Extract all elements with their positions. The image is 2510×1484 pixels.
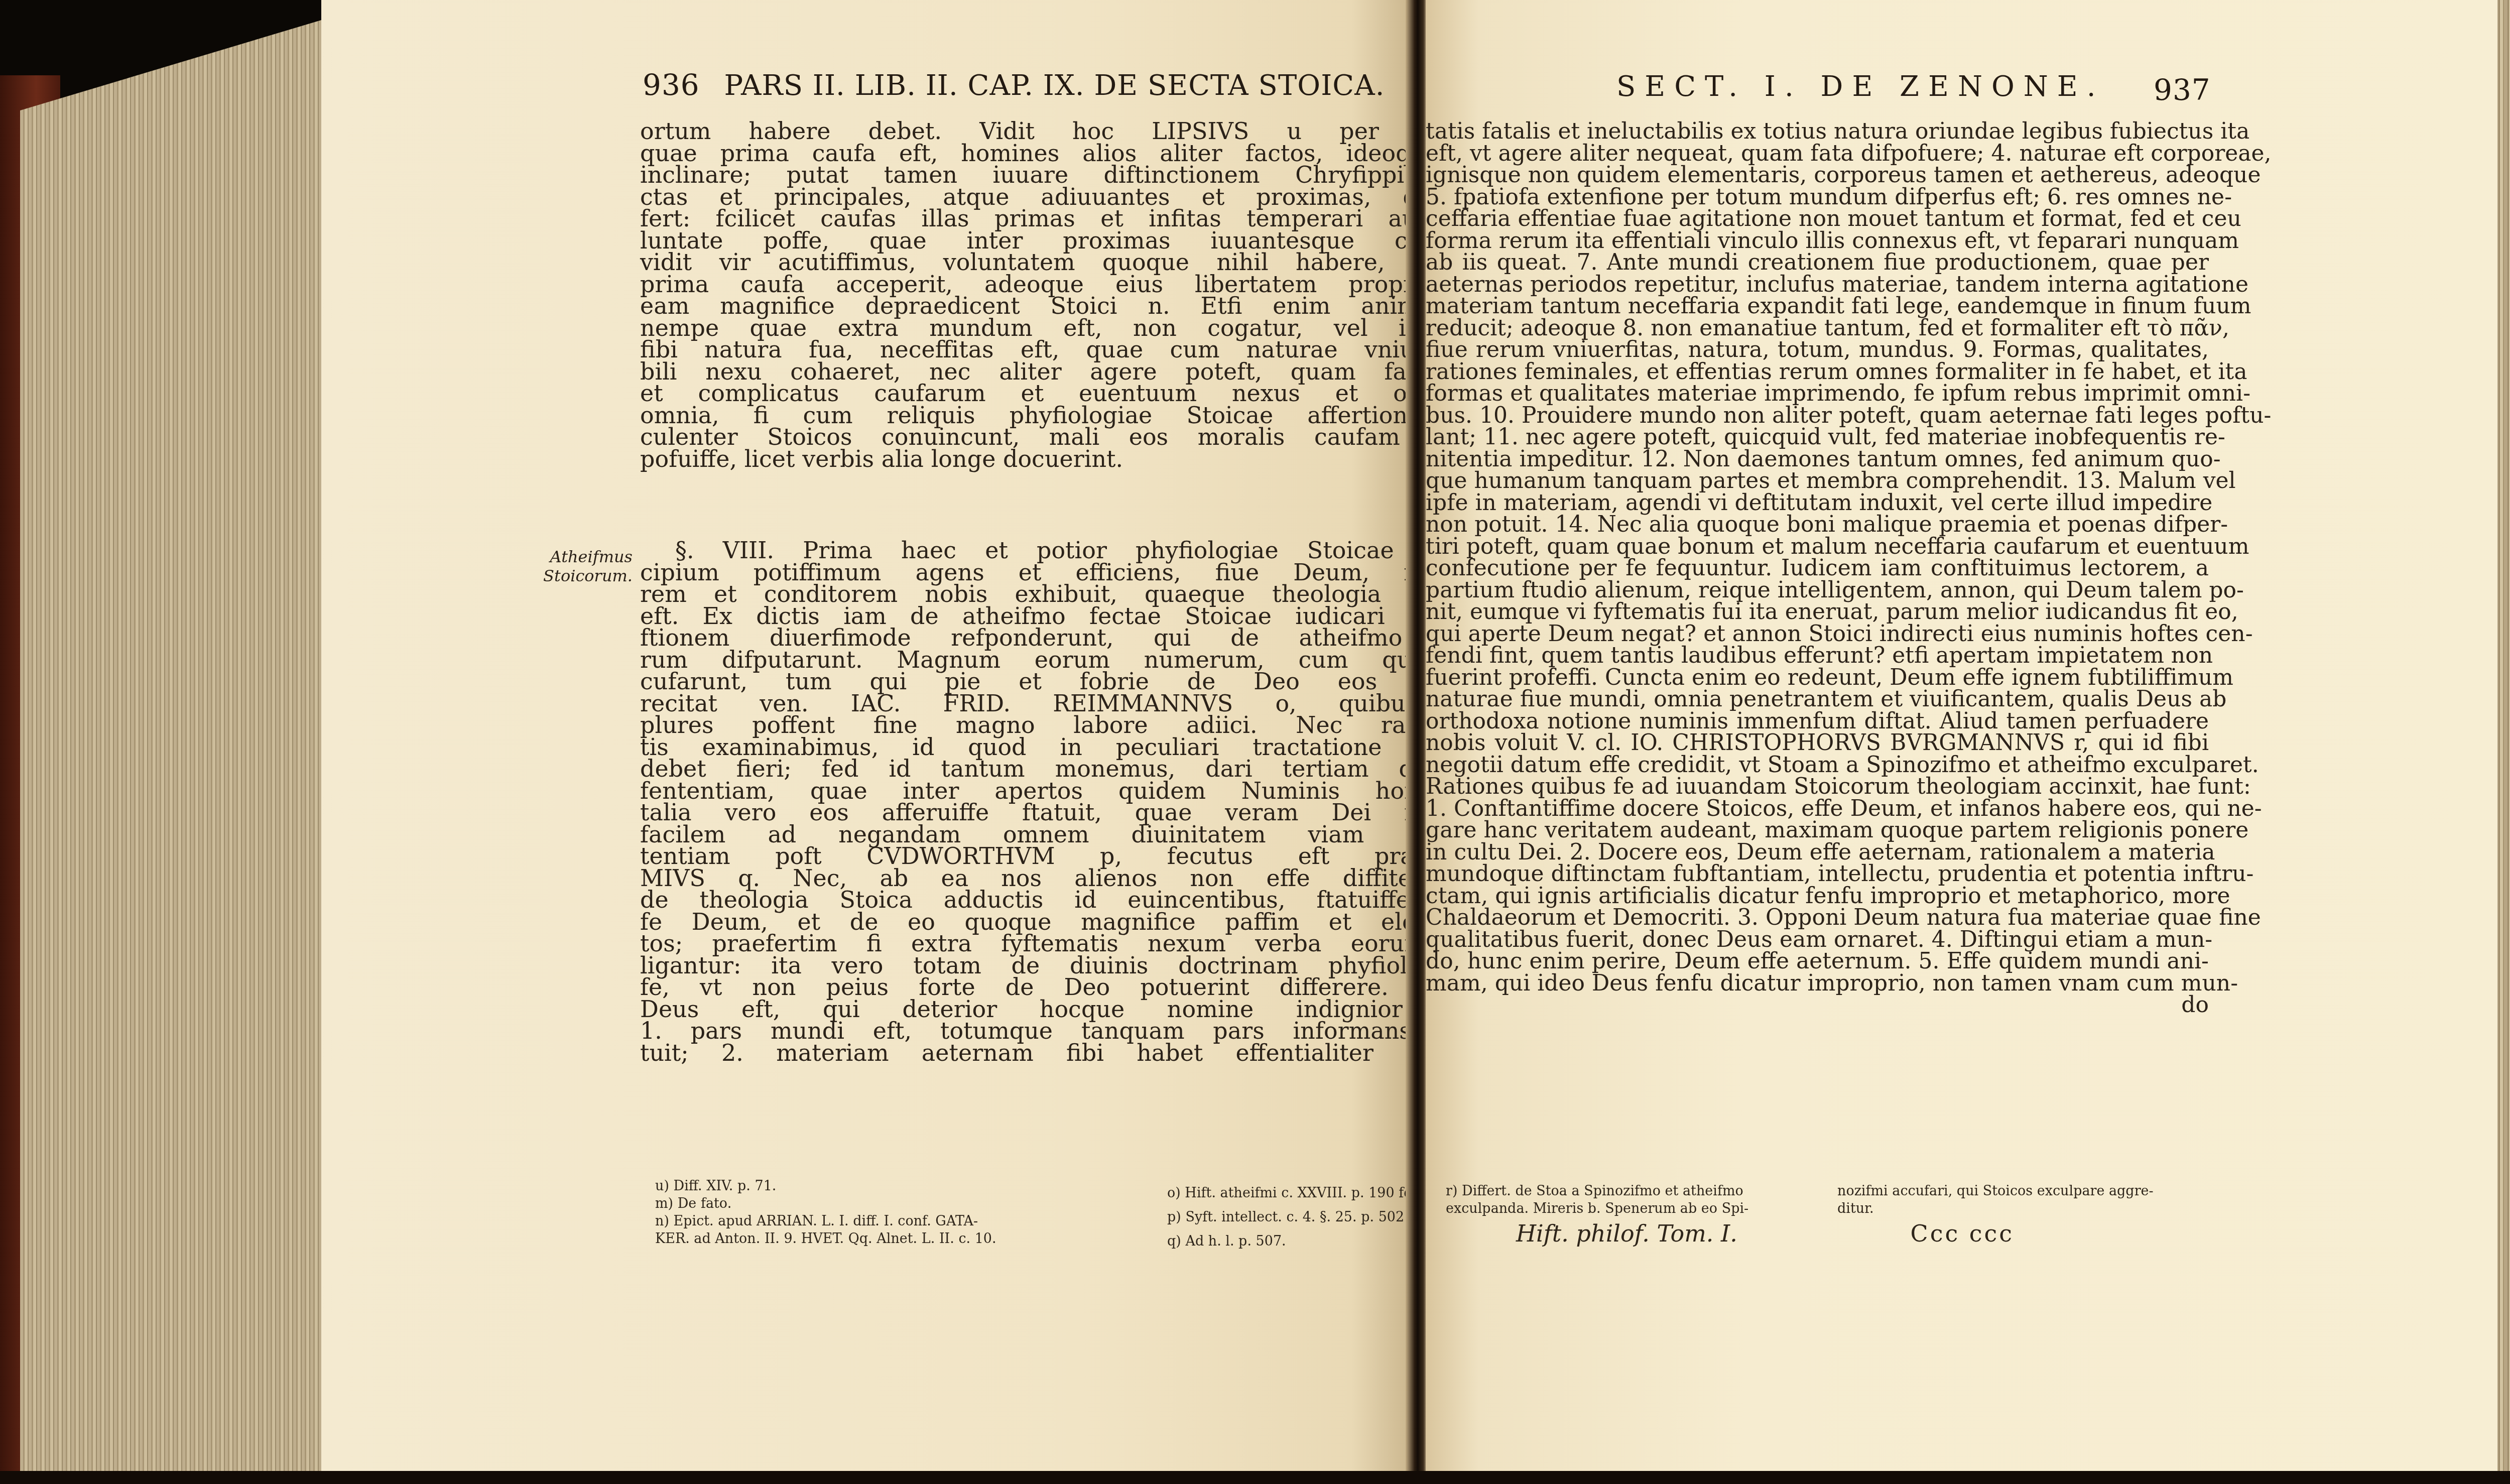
gathering-signature: Ccc ccc — [1911, 1220, 2015, 1247]
text-line: bus. 10. Prouidere mundo non aliter pote… — [1426, 405, 2209, 427]
text-line: ignisque non quidem elementaris, corpore… — [1426, 164, 2209, 186]
marginal-note-line: Atheifmus — [512, 547, 633, 566]
footnote: m) De fato. — [655, 1195, 996, 1212]
text-line: negotii datum effe credidit, vt Stoam a … — [1426, 754, 2209, 776]
page-number-right: 937 — [2154, 73, 2211, 107]
text-line: confecutione per fe fequuntur. Iudicem i… — [1426, 557, 2209, 579]
footnote: p) Syft. intellect. c. 4. §. 25. p. 502 … — [1167, 1205, 1443, 1229]
catchword: do — [1426, 994, 2209, 1016]
text-line: qualitatibus fuerit, donec Deus eam orna… — [1426, 929, 2209, 951]
text-line: tiri poteft, quam quae bonum et malum ne… — [1426, 536, 2209, 558]
text-line: eft, vt agere aliter nequeat, quam fata … — [1426, 143, 2209, 165]
text-line: rationes feminales, et effentias rerum o… — [1426, 361, 2209, 383]
text-line: 5. fpatiofa extenfione per totum mundum … — [1426, 186, 2209, 208]
page-number-left: 936 — [643, 68, 700, 102]
text-line: ipfe in materiam, agendi vi deftitutam i… — [1426, 492, 2209, 514]
text-line: non potuit. 14. Nec alia quoque boni mal… — [1426, 514, 2209, 536]
footnote-column: o) Hift. atheifmi c. XXVIII. p. 190 feqq… — [1167, 1181, 1443, 1254]
text-line: ceffaria effentiae fuae agitatione non m… — [1426, 208, 2209, 230]
text-line: 1. Conftantiffime docere Stoicos, effe D… — [1426, 798, 2209, 820]
book-gutter — [1406, 0, 1428, 1484]
text-line: mam, qui ideo Deus fenfu dicatur impropr… — [1426, 972, 2209, 995]
text-line: qui aperte Deum negat? et annon Stoici i… — [1426, 623, 2209, 645]
text-line: formas et qualitates materiae imprimendo… — [1426, 383, 2209, 405]
text-line: gare hanc veritatem audeant, maximam quo… — [1426, 819, 2209, 841]
right-page: SECT. I. DE ZENONE. 937 tatis fatalis et… — [1426, 0, 2497, 1484]
text-line: Rationes quibus fe ad iuuandam Stoicorum… — [1426, 776, 2209, 798]
volume-signature: Hift. philof. Tom. I. — [1516, 1220, 1737, 1247]
footnote-column: r) Differt. de Stoa a Spinozifmo et athe… — [1446, 1182, 1748, 1217]
text-line: ab iis queat. 7. Ante mundi creationem f… — [1426, 252, 2209, 274]
footnote: ditur. — [1837, 1200, 2154, 1217]
text-line: ctam, qui ignis artificialis dicatur fen… — [1426, 885, 2209, 907]
text-line: mundoque diftinctam fubftantiam, intelle… — [1426, 863, 2209, 885]
text-line: nitentia impeditur. 12. Non daemones tan… — [1426, 448, 2209, 470]
text-line: fuerint profeffi. Cuncta enim eo redeunt… — [1426, 667, 2209, 689]
text-line: que humanum tanquam partes et membra com… — [1426, 470, 2209, 492]
text-line: orthodoxa notione numinis immenfum difta… — [1426, 710, 2209, 732]
running-head-title-right: SECT. I. DE ZENONE. — [1616, 70, 2105, 103]
text-line: materiam tantum neceffaria expandit fati… — [1426, 295, 2209, 317]
page-edges-left — [20, 20, 321, 1484]
text-line: naturae fiue mundi, omnia penetrantem et… — [1426, 688, 2209, 710]
text-line: partium ftudio alienum, reique intellige… — [1426, 579, 2209, 601]
left-page: 936 PARS II. LIB. II. CAP. IX. DE SECTA … — [321, 0, 1406, 1484]
footnote: u) Diff. XIV. p. 71. — [655, 1177, 996, 1195]
footnote: r) Differt. de Stoa a Spinozifmo et athe… — [1446, 1182, 1748, 1200]
footnote: o) Hift. atheifmi c. XXVIII. p. 190 feqq… — [1167, 1181, 1443, 1205]
marginal-note-line: Stoicorum. — [512, 566, 633, 585]
text-line: in cultu Dei. 2. Docere eos, Deum effe a… — [1426, 841, 2209, 863]
book-bottom-shadow — [0, 1471, 2510, 1484]
text-line: forma rerum ita effentiali vinculo illis… — [1426, 230, 2209, 252]
text-line: fendi fint, quem tantis laudibus efferun… — [1426, 645, 2209, 667]
text-line: tatis fatalis et ineluctabilis ex totius… — [1426, 120, 2209, 143]
footnote: exculpanda. Mireris b. Spenerum ab eo Sp… — [1446, 1200, 1748, 1217]
text-line: reducit; adeoque 8. non emanatiue tantum… — [1426, 317, 2209, 339]
footnote: KER. ad Anton. II. 9. HVET. Qq. Alnet. L… — [655, 1230, 996, 1248]
text-line: lant; 11. nec agere poteft, quicquid vul… — [1426, 426, 2209, 448]
text-line: nit, eumque vi fyftematis fui ita enerua… — [1426, 601, 2209, 623]
footnote: q) Ad h. l. p. 507. — [1167, 1229, 1443, 1254]
footnote-column: u) Diff. XIV. p. 71. m) De fato. n) Epic… — [655, 1177, 996, 1248]
running-head-left: 936 PARS II. LIB. II. CAP. IX. DE SECTA … — [643, 68, 1385, 102]
text-line: nobis voluit V. cl. IO. CHRISTOPHORVS BV… — [1426, 732, 2209, 754]
text-line: do, hunc enim perire, Deum effe aeternum… — [1426, 950, 2209, 972]
marginal-note: Atheifmus Stoicorum. — [512, 547, 633, 585]
text-line: fiue rerum vniuerfitas, natura, totum, m… — [1426, 339, 2209, 361]
body-text-right: tatis fatalis et ineluctabilis ex totius… — [1426, 120, 2209, 1016]
footnote-column: nozifmi accufari, qui Stoicos exculpare … — [1837, 1182, 2154, 1217]
text-line: aeternas periodos repetitur, inclufus ma… — [1426, 274, 2209, 296]
running-head-title-left: PARS II. LIB. II. CAP. IX. DE SECTA STOI… — [724, 69, 1385, 102]
text-line: Chaldaeorum et Democriti. 3. Opponi Deum… — [1426, 907, 2209, 929]
footnote: nozifmi accufari, qui Stoicos exculpare … — [1837, 1182, 2154, 1200]
signature-line: Hift. philof. Tom. I. Ccc ccc — [1516, 1220, 2014, 1247]
footnote: n) Epict. apud ARRIAN. L. I. diff. I. co… — [655, 1212, 996, 1230]
